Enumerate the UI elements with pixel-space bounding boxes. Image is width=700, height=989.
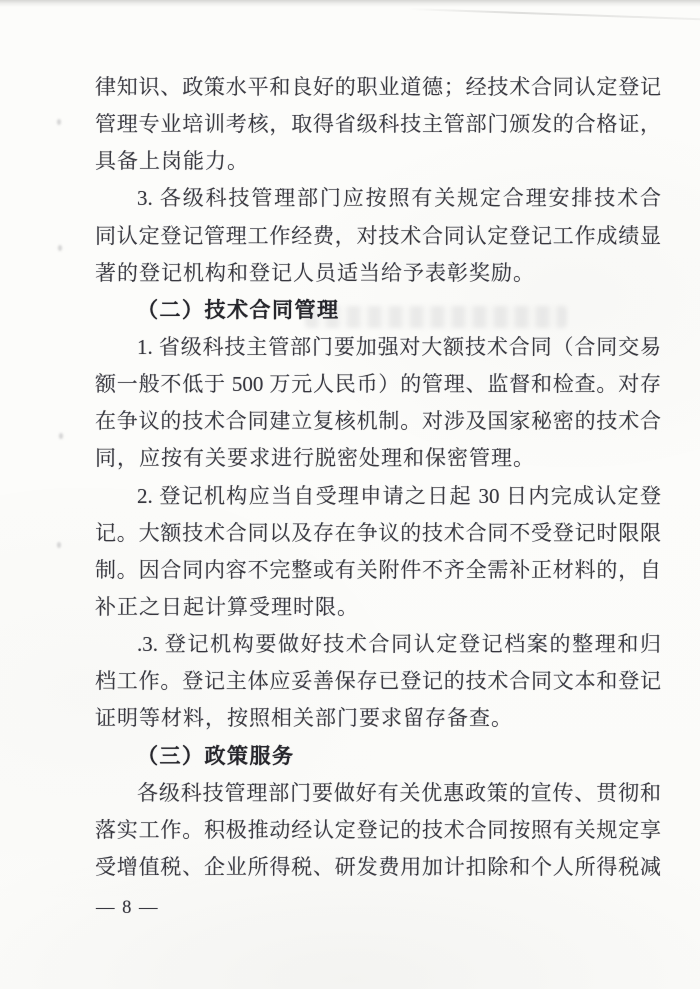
text-line: 管理专业培训考核，取得省级科技主管部门颁发的合格证， [95,106,661,143]
text-line: 3. 各级科技管理部门应按照有关规定合理安排技术合 [95,180,661,217]
text-line: 同，应按有关要求进行脱密处理和保密管理。 [95,440,661,477]
text-block: 律知识、政策水平和良好的职业道德；经技术合同认定登记管理专业培训考核，取得省级科… [95,69,661,886]
text-line: 制。因合同内容不完整或有关附件不齐全需补正材料的，自 [95,552,661,589]
text-line: 同认定登记管理工作经费，对技术合同认定登记工作成绩显 [95,218,661,255]
text-line: 档工作。登记主体应妥善保存已登记的技术合同文本和登记 [95,663,661,700]
text-line: .3. 登记机构要做好技术合同认定登记档案的整理和归 [95,626,661,663]
scan-artifact-top-edge [0,0,700,7]
text-line: 受增值税、企业所得税、研发费用加计扣除和个人所得税减 [95,849,661,886]
section-heading: （三）政策服务 [95,738,661,775]
text-line: 2. 登记机构应当自受理申请之日起 30 日内完成认定登 [95,478,661,515]
text-line: 记。大额技术合同以及存在争议的技术合同不受登记时限限 [95,515,661,552]
section-heading: （二）技术合同管理 [95,292,661,329]
text-line: 在争议的技术合同建立复核机制。对涉及国家秘密的技术合 [95,403,661,440]
text-line: 1. 省级科技主管部门要加强对大额技术合同（合同交易 [95,329,661,366]
text-line: 补正之日起计算受理时限。 [95,589,661,626]
text-line: 落实工作。积极推动经认定登记的技术合同按照有关规定享 [95,812,661,849]
scan-speck [57,119,61,125]
text-line: 律知识、政策水平和良好的职业道德；经技术合同认定登记 [95,69,661,106]
text-line: 额一般不低于 500 万元人民币）的管理、监督和检查。对存 [95,366,661,403]
scan-artifact-bottom-edge [0,974,700,989]
text-line: 著的登记机构和登记人员适当给予表彰奖励。 [95,255,661,292]
scan-speck [57,542,61,548]
scan-speck [59,433,63,439]
text-line: 各级科技管理部门要做好有关优惠政策的宣传、贯彻和 [95,775,661,812]
document-page: 律知识、政策水平和良好的职业道德；经技术合同认定登记管理专业培训考核，取得省级科… [0,0,700,989]
text-line: 证明等材料，按照相关部门要求留存备查。 [95,700,661,737]
page-number: — 8 — [96,895,159,921]
text-line: 具备上岗能力。 [95,143,661,180]
scan-artifact-diagonal-line [408,8,700,20]
scan-speck [58,245,62,251]
